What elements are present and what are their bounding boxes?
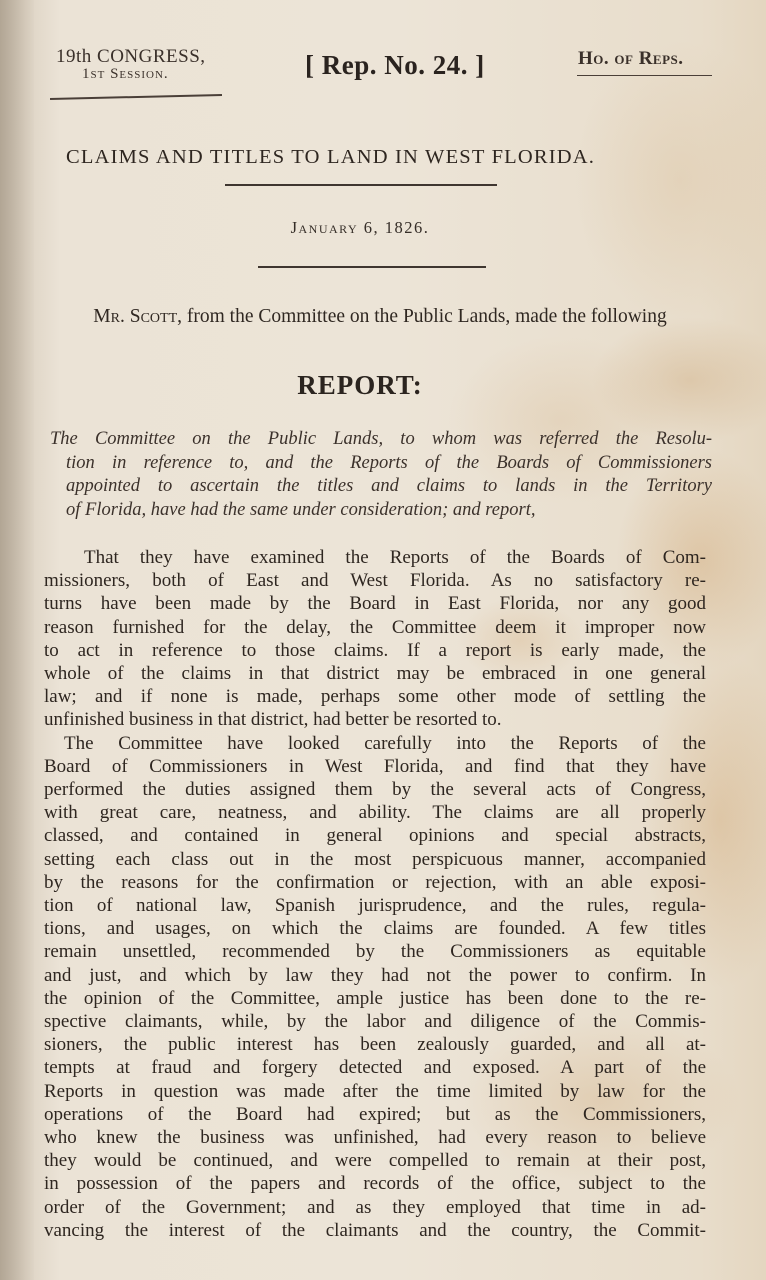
resolution-line: of Florida, have had the same under cons… <box>50 499 712 523</box>
text-line: in possession of the papers and records … <box>44 1172 706 1195</box>
intro-line: Mr. Scott, from the Committee on the Pub… <box>48 305 712 328</box>
house-label: Ho. of Reps. <box>578 48 684 70</box>
text-line: That they have examined the Reports of t… <box>44 546 706 569</box>
document-title: CLAIMS AND TITLES TO LAND IN WEST FLORID… <box>66 146 716 169</box>
text-line: tion of national law, Spanish jurisprude… <box>44 894 706 917</box>
resolution-line: appointed to ascertain the titles and cl… <box>50 475 712 499</box>
text-line: vancing the interest of the claimants an… <box>44 1219 706 1242</box>
text-line: sioners, the public interest has been ze… <box>44 1033 706 1056</box>
text-line: with great care, neatness, and ability. … <box>44 801 706 824</box>
title-rule <box>225 184 497 186</box>
text-line: the opinion of the Committee, ample just… <box>44 987 706 1010</box>
book-spine-shadow <box>0 0 34 1280</box>
text-line: The Committee have looked carefully into… <box>44 732 706 755</box>
text-line: tempts at fraud and forgery detected and… <box>44 1056 706 1079</box>
text-line: they would be continued, and were compel… <box>44 1149 706 1172</box>
report-number: [ Rep. No. 24. ] <box>305 50 485 81</box>
text-line: remain unsettled, recommended by the Com… <box>44 940 706 963</box>
text-line: unfinished business in that district, ha… <box>44 708 706 731</box>
text-line: by the reasons for the confirmation or r… <box>44 871 706 894</box>
text-line: whole of the claims in that district may… <box>44 662 706 685</box>
report-body: That they have examined the Reports of t… <box>44 546 706 1242</box>
congress-number: 19th CONGRESS, <box>56 46 206 67</box>
resolution-line: The Committee on the Public Lands, to wh… <box>50 428 712 452</box>
intro-text: from the Committee on the Public Lands, … <box>182 306 667 327</box>
text-line: Reports in question was made after the t… <box>44 1080 706 1103</box>
text-line: tions, and usages, on which the claims a… <box>44 917 706 940</box>
report-heading: REPORT: <box>0 370 720 401</box>
house-underline <box>577 75 712 76</box>
text-line: classed, and contained in general opinio… <box>44 824 706 847</box>
text-line: who knew the business was unfinished, ha… <box>44 1126 706 1149</box>
text-line: turns have been made by the Board in Eas… <box>44 592 706 615</box>
text-line: operations of the Board had expired; but… <box>44 1103 706 1126</box>
text-line: Board of Commissioners in West Florida, … <box>44 755 706 778</box>
text-line: performed the duties assigned them by th… <box>44 778 706 801</box>
congress-session-label: 19th CONGRESS, 1st Session. <box>56 46 206 83</box>
paragraph-1: That they have examined the Reports of t… <box>44 546 706 732</box>
resolution-paragraph: The Committee on the Public Lands, to wh… <box>50 428 712 522</box>
speaker-name: Mr. Scott, <box>93 306 182 327</box>
text-line: to act in reference to those claims. If … <box>44 639 706 662</box>
text-line: missioners, both of East and West Florid… <box>44 569 706 592</box>
session-number: 1st Session. <box>82 66 206 83</box>
document-date: January 6, 1826. <box>0 218 720 238</box>
resolution-line: tion in reference to, and the Reports of… <box>50 452 712 476</box>
text-line: reason furnished for the delay, the Comm… <box>44 616 706 639</box>
text-line: order of the Government; and as they emp… <box>44 1196 706 1219</box>
text-line: setting each class out in the most persp… <box>44 848 706 871</box>
text-line: law; and if none is made, perhaps some o… <box>44 685 706 708</box>
paragraph-2: The Committee have looked carefully into… <box>44 732 706 1242</box>
scanned-page: 19th CONGRESS, 1st Session. [ Rep. No. 2… <box>0 0 766 1280</box>
text-line: spective claimants, while, by the labor … <box>44 1010 706 1033</box>
date-rule <box>258 266 486 268</box>
text-line: and just, and which by law they had not … <box>44 964 706 987</box>
congress-underline <box>50 94 222 100</box>
